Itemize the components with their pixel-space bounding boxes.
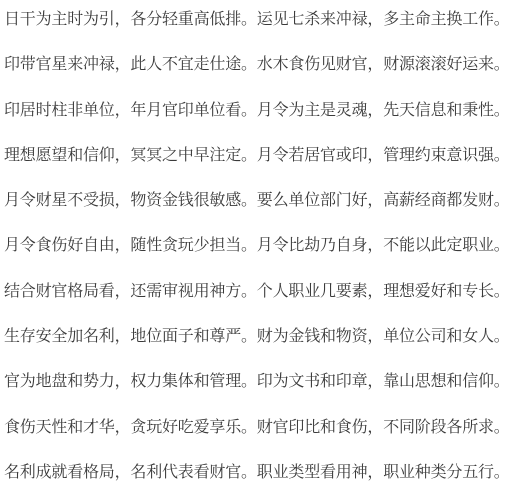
text-line: 官为地盘和势力，权力集体和管理。印为文书和印章，靠山思想和信仰。 (4, 359, 515, 404)
text-line: 食伤天性和才华，贪玩好吃爱享乐。财官印比和食伤，不同阶段各所求。 (4, 405, 515, 450)
text-line: 理想愿望和信仰，冥冥之中早注定。月令若居官或印，管理约束意识强。 (4, 133, 515, 178)
text-line: 生存安全加名利，地位面子和尊严。财为金钱和物资，单位公司和女人。 (4, 314, 515, 359)
text-line: 日干为主时为引，各分轻重高低排。运见七杀来冲禄，多主命主换工作。 (4, 0, 515, 42)
text-line: 月令食伤好自由，随性贪玩少担当。月令比劫乃自身，不能以此定职业。 (4, 223, 515, 268)
text-line: 名利成就看格局，名利代表看财官。职业类型看用神，职业种类分五行。 (4, 450, 515, 495)
document-page: 日干为主时为引，各分轻重高低排。运见七杀来冲禄，多主命主换工作。 印带官星来冲禄… (0, 0, 515, 497)
text-line: 结合财官格局看，还需审视用神方。个人职业几要素，理想爱好和专长。 (4, 269, 515, 314)
text-line: 印带官星来冲禄，此人不宜走仕途。水木食伤见财官，财源滚滚好运来。 (4, 42, 515, 87)
text-line: 印居时柱非单位，年月官印单位看。月令为主是灵魂，先天信息和秉性。 (4, 88, 515, 133)
text-line: 月令财星不受损，物资金钱很敏感。要么单位部门好，高薪经商都发财。 (4, 178, 515, 223)
